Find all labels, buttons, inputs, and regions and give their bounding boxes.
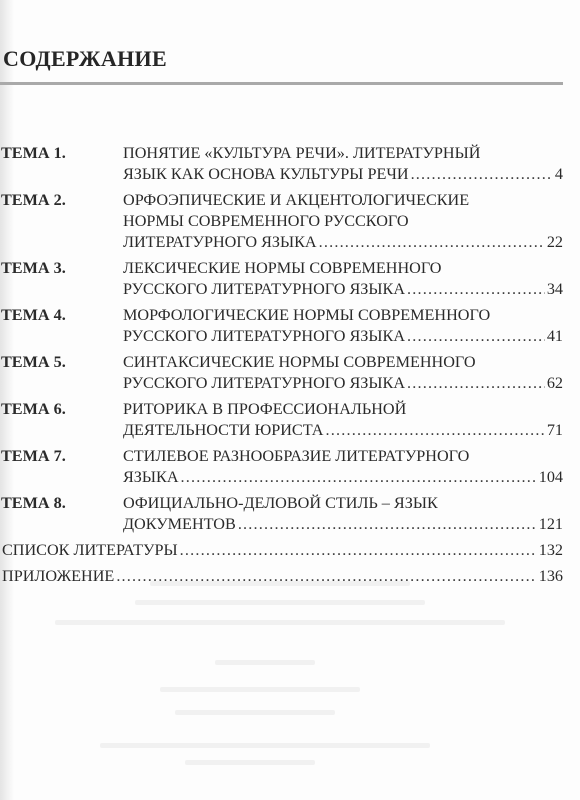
title-line: ОФИЦИАЛЬНО-ДЕЛОВОЙ СТИЛЬ – ЯЗЫК — [123, 493, 563, 514]
title-line: РИТОРИКА В ПРОФЕССИОНАЛЬНОЙ — [123, 399, 563, 420]
title-line: НОРМЫ СОВРЕМЕННОГО РУССКОГО — [123, 211, 563, 232]
toc-entry[interactable]: ТЕМА 3.ЛЕКСИЧЕСКИЕ НОРМЫ СОВРЕМЕННОГОРУС… — [0, 258, 563, 300]
toc-entry[interactable]: ТЕМА 2.ОРФОЭПИЧЕСКИЕ И АКЦЕНТОЛОГИЧЕСКИЕ… — [0, 190, 563, 253]
page-number: 121 — [539, 514, 563, 535]
title-line: ПОНЯТИЕ «КУЛЬТУРА РЕЧИ». ЛИТЕРАТУРНЫЙ — [123, 143, 563, 164]
heading-rule — [0, 82, 563, 85]
dot-leader — [319, 232, 545, 253]
dot-leader — [180, 540, 537, 561]
topic-title: МОРФОЛОГИЧЕСКИЕ НОРМЫ СОВРЕМЕННОГОРУССКО… — [123, 305, 563, 347]
page-title: СОДЕРЖАНИЕ — [3, 46, 167, 72]
topic-label: ТЕМА 8. — [0, 493, 123, 535]
toc-entry[interactable]: ТЕМА 4.МОРФОЛОГИЧЕСКИЕ НОРМЫ СОВРЕМЕННОГ… — [0, 305, 563, 347]
toc-entry[interactable]: ТЕМА 8.ОФИЦИАЛЬНО-ДЕЛОВОЙ СТИЛЬ – ЯЗЫКДО… — [0, 493, 563, 535]
topic-title: СТИЛЕВОЕ РАЗНООБРАЗИЕ ЛИТЕРАТУРНОГОЯЗЫКА… — [123, 446, 563, 488]
page-number: 62 — [547, 373, 563, 394]
dot-leader — [325, 420, 544, 441]
topic-label: ТЕМА 6. — [0, 399, 123, 441]
page-number: 136 — [539, 566, 563, 587]
topic-title: ОРФОЭПИЧЕСКИЕ И АКЦЕНТОЛОГИЧЕСКИЕНОРМЫ С… — [123, 190, 563, 253]
toc-entry[interactable]: ПРИЛОЖЕНИЕ136 — [0, 566, 563, 587]
title-line-with-leader: РУССКОГО ЛИТЕРАТУРНОГО ЯЗЫКА62 — [123, 373, 563, 394]
page-number: 132 — [539, 540, 563, 561]
dot-leader — [238, 514, 537, 535]
toc-extra-list: СПИСОК ЛИТЕРАТУРЫ132ПРИЛОЖЕНИЕ136 — [0, 540, 563, 587]
title-line: ОРФОЭПИЧЕСКИЕ И АКЦЕНТОЛОГИЧЕСКИЕ — [123, 190, 563, 211]
page-number: 4 — [555, 164, 563, 185]
topic-title: ПОНЯТИЕ «КУЛЬТУРА РЕЧИ». ЛИТЕРАТУРНЫЙЯЗЫ… — [123, 143, 563, 185]
toc-entry[interactable]: ТЕМА 5.СИНТАКСИЧЕСКИЕ НОРМЫ СОВРЕМЕННОГО… — [0, 352, 563, 394]
dot-leader — [116, 566, 536, 587]
topic-label: ТЕМА 5. — [0, 352, 123, 394]
section-title: СПИСОК ЛИТЕРАТУРЫ — [2, 540, 178, 561]
topic-title: СИНТАКСИЧЕСКИЕ НОРМЫ СОВРЕМЕННОГОРУССКОГ… — [123, 352, 563, 394]
topic-label: ТЕМА 4. — [0, 305, 123, 347]
title-line-with-leader: РУССКОГО ЛИТЕРАТУРНОГО ЯЗЫКА41 — [123, 326, 563, 347]
title-line: СИНТАКСИЧЕСКИЕ НОРМЫ СОВРЕМЕННОГО — [123, 352, 563, 373]
title-line-with-leader: РУССКОГО ЛИТЕРАТУРНОГО ЯЗЫКА34 — [123, 279, 563, 300]
title-line: ЛЕКСИЧЕСКИЕ НОРМЫ СОВРЕМЕННОГО — [123, 258, 563, 279]
topic-title: ОФИЦИАЛЬНО-ДЕЛОВОЙ СТИЛЬ – ЯЗЫКДОКУМЕНТО… — [123, 493, 563, 535]
topic-title: РИТОРИКА В ПРОФЕССИОНАЛЬНОЙДЕЯТЕЛЬНОСТИ … — [123, 399, 563, 441]
title-line-with-leader: ЛИТЕРАТУРНОГО ЯЗЫКА22 — [123, 232, 563, 253]
title-line-with-leader: ДОКУМЕНТОВ121 — [123, 514, 563, 535]
toc-entry[interactable]: ТЕМА 1.ПОНЯТИЕ «КУЛЬТУРА РЕЧИ». ЛИТЕРАТУ… — [0, 143, 563, 185]
dot-leader — [407, 279, 545, 300]
page-number: 22 — [547, 232, 563, 253]
page-number: 71 — [547, 420, 563, 441]
topic-label: ТЕМА 1. — [0, 143, 123, 185]
title-line: СТИЛЕВОЕ РАЗНООБРАЗИЕ ЛИТЕРАТУРНОГО — [123, 446, 563, 467]
toc-entry[interactable]: ТЕМА 7.СТИЛЕВОЕ РАЗНООБРАЗИЕ ЛИТЕРАТУРНО… — [0, 446, 563, 488]
toc-entry[interactable]: СПИСОК ЛИТЕРАТУРЫ132 — [0, 540, 563, 561]
table-of-contents: ТЕМА 1.ПОНЯТИЕ «КУЛЬТУРА РЕЧИ». ЛИТЕРАТУ… — [0, 143, 563, 592]
section-title: ПРИЛОЖЕНИЕ — [2, 566, 114, 587]
page-number: 41 — [547, 326, 563, 347]
page-number: 34 — [547, 279, 563, 300]
dot-leader — [181, 467, 537, 488]
dot-leader — [411, 164, 553, 185]
reverse-page-bleed-through — [0, 575, 580, 800]
page-number: 104 — [539, 467, 563, 488]
topic-title: ЛЕКСИЧЕСКИЕ НОРМЫ СОВРЕМЕННОГОРУССКОГО Л… — [123, 258, 563, 300]
topic-label: ТЕМА 3. — [0, 258, 123, 300]
toc-entry[interactable]: ТЕМА 6.РИТОРИКА В ПРОФЕССИОНАЛЬНОЙДЕЯТЕЛ… — [0, 399, 563, 441]
title-line-with-leader: ЯЗЫК КАК ОСНОВА КУЛЬТУРЫ РЕЧИ4 — [123, 164, 563, 185]
toc-topic-list: ТЕМА 1.ПОНЯТИЕ «КУЛЬТУРА РЕЧИ». ЛИТЕРАТУ… — [0, 143, 563, 535]
topic-label: ТЕМА 7. — [0, 446, 123, 488]
title-line-with-leader: ДЕЯТЕЛЬНОСТИ ЮРИСТА71 — [123, 420, 563, 441]
title-line-with-leader: ЯЗЫКА104 — [123, 467, 563, 488]
title-line: МОРФОЛОГИЧЕСКИЕ НОРМЫ СОВРЕМЕННОГО — [123, 305, 563, 326]
topic-label: ТЕМА 2. — [0, 190, 123, 253]
dot-leader — [407, 373, 545, 394]
dot-leader — [407, 326, 545, 347]
